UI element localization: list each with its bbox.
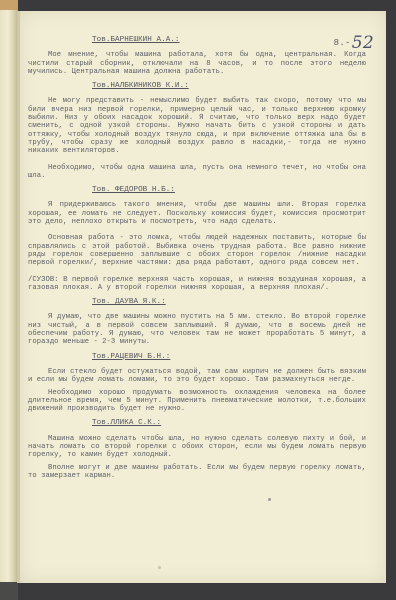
speaker-section: Тов.НАЛБКИНИКОВ К.И.: Не могу представит… bbox=[28, 82, 366, 180]
speech-paragraph: Необходимо хорошо продумать возможность … bbox=[28, 389, 366, 414]
speech-paragraph: Машина можно сделать чтобы шла, но нужно… bbox=[28, 435, 366, 460]
speaker-name: Тов.ЛЛИКА С.К.: bbox=[92, 419, 366, 427]
binding-shadow bbox=[0, 582, 18, 600]
paper-speck bbox=[268, 498, 271, 501]
speaker-name: Тов. ДАУВА Я.К.: bbox=[92, 298, 366, 306]
speech-paragraph: Я думаю, что две машины можно пустить на… bbox=[28, 313, 366, 346]
transcript-body: Тов.БАРНЕШКИН А.А.: Мое мнение, чтобы ма… bbox=[28, 36, 366, 484]
speaker-name: Тов.НАЛБКИНИКОВ К.И.: bbox=[92, 82, 366, 90]
speaker-name: Тов.РАЦЕВИЧ Б.Н.: bbox=[92, 353, 366, 361]
speech-paragraph: Основная работа - это ломка, чтобы людей… bbox=[28, 234, 366, 267]
speaker-section: Тов. ФЕДОРОВ Н.Б.: Я придерживаюсь таког… bbox=[28, 186, 366, 292]
archive-binding bbox=[0, 0, 18, 582]
speaker-section: Тов.РАЦЕВИЧ Б.Н.: Если стекло будет осту… bbox=[28, 353, 366, 414]
speech-paragraph: Мое мнение, чтобы машина работала, хотя … bbox=[28, 51, 366, 76]
speaker-section: Тов.ЛЛИКА С.К.: Машина можно сделать что… bbox=[28, 419, 366, 480]
binding-tab bbox=[0, 0, 18, 10]
speech-paragraph: Не могу представить - немыслимо будет вы… bbox=[28, 97, 366, 155]
speaker-name: Тов.БАРНЕШКИН А.А.: bbox=[92, 36, 366, 44]
speech-paragraph: Необходимо, чтобы одна машина шла, пусть… bbox=[28, 164, 366, 181]
speaker-name: Тов. ФЕДОРОВ Н.Б.: bbox=[92, 186, 366, 194]
speech-paragraph: Я придерживаюсь такого мнения, чтобы две… bbox=[28, 201, 366, 226]
speech-paragraph: Вполне могут и две машины работать. Если… bbox=[28, 464, 366, 481]
speaker-section: Тов.БАРНЕШКИН А.А.: Мое мнение, чтобы ма… bbox=[28, 36, 366, 76]
paper-speck bbox=[158, 566, 161, 569]
speech-paragraph: Если стекло будет остужаться водой, там … bbox=[28, 368, 366, 385]
speaker-section: Тов. ДАУВА Я.К.: Я думаю, что две машины… bbox=[28, 298, 366, 346]
interjection-note: /СУЗОВ: В первой горелке верхняя часть х… bbox=[28, 276, 366, 293]
